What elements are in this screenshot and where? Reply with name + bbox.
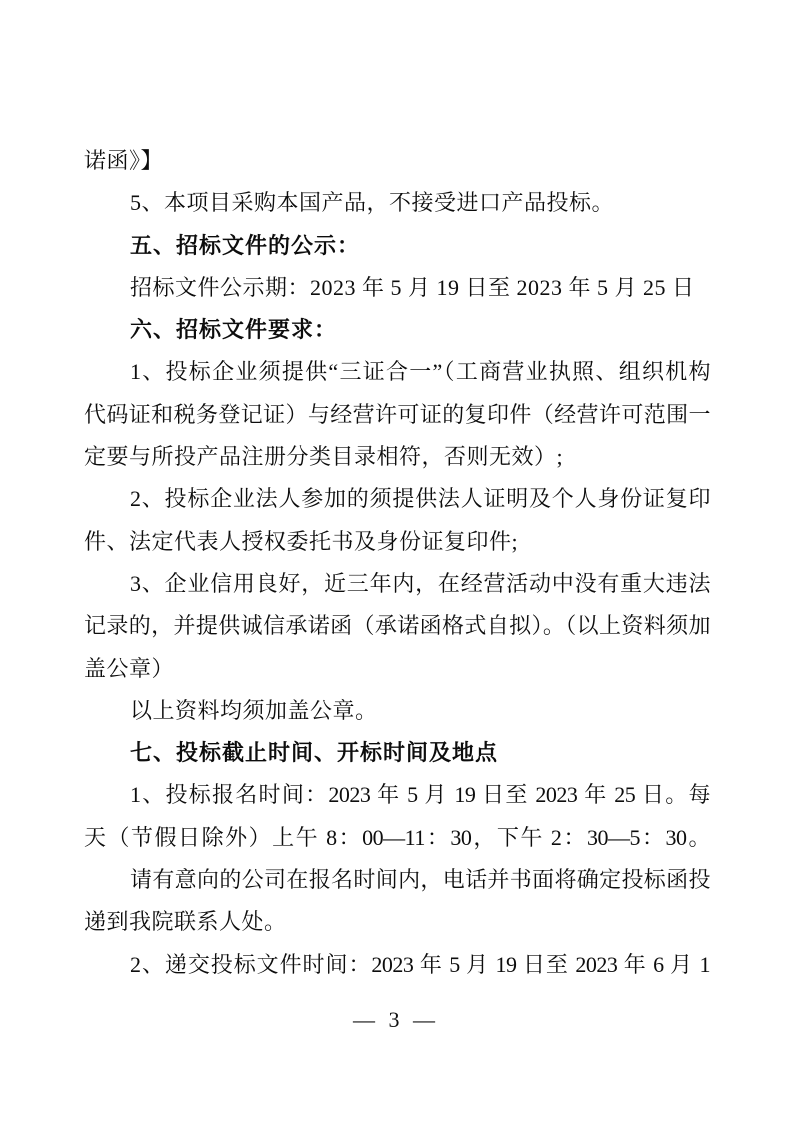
- registration-time-line-1: 1、投标报名时间：2023 年 5 月 19 日至 2023 年 25 日。每: [84, 774, 710, 816]
- requirement-2-line-1: 2、投标企业法人参加的须提供法人证明及个人身份证复印: [84, 478, 710, 520]
- registration-time-line-2: 天（节假日除外）上午 8：00—11：30，下午 2：30—5：30。: [84, 817, 710, 859]
- publicity-period-line: 招标文件公示期：2023 年 5 月 19 日至 2023 年 5 月 25 日: [84, 267, 710, 309]
- heading-section-5: 五、招标文件的公示：: [84, 225, 710, 267]
- heading-section-7: 七、投标截止时间、开标时间及地点: [84, 732, 710, 774]
- document-body: 诺函》】 5、本项目采购本国产品，不接受进口产品投标。 五、招标文件的公示： 招…: [84, 140, 710, 986]
- clause-5-domestic-products: 5、本项目采购本国产品，不接受进口产品投标。: [84, 182, 710, 224]
- requirement-3-line-2: 记录的，并提供诚信承诺函（承诺函格式自拟）。（以上资料须加: [84, 605, 710, 647]
- requirement-1-line-1: 1、投标企业须提供“三证合一”（工商营业执照、组织机构: [84, 351, 710, 393]
- continuation-line: 诺函》】: [84, 140, 710, 182]
- requirement-1-line-2: 代码证和税务登记证）与经营许可证的复印件（经营许可范围一: [84, 394, 710, 436]
- delivery-note-line-2: 递到我院联系人处。: [84, 901, 710, 943]
- delivery-note-line-1: 请有意向的公司在报名时间内，电话并书面将确定投标函投: [84, 859, 710, 901]
- requirement-3-line-3: 盖公章）: [84, 648, 710, 690]
- heading-section-6: 六、招标文件要求：: [84, 309, 710, 351]
- submission-time-line: 2、递交投标文件时间：2023 年 5 月 19 日至 2023 年 6 月 1: [84, 944, 710, 986]
- requirement-2-line-2: 件、法定代表人授权委托书及身份证复印件;: [84, 521, 710, 563]
- requirement-3-line-1: 3、企业信用良好，近三年内，在经营活动中没有重大违法: [84, 563, 710, 605]
- document-page: 诺函》】 5、本项目采购本国产品，不接受进口产品投标。 五、招标文件的公示： 招…: [0, 0, 792, 1121]
- requirement-1-line-3: 定要与所投产品注册分类目录相符，否则无效）;: [84, 436, 710, 478]
- seal-note-line: 以上资料均须加盖公章。: [84, 690, 710, 732]
- page-number: — 3 —: [0, 1005, 792, 1035]
